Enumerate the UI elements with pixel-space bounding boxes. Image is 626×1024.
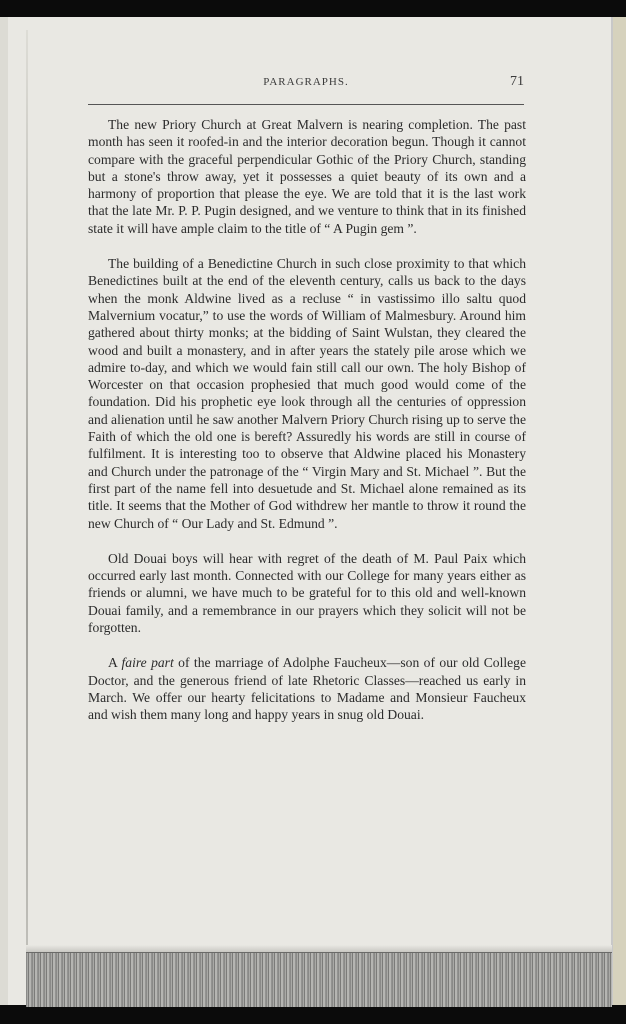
paragraph-priory-church: The new Priory Church at Great Malvern i… [88, 116, 526, 237]
page-edge-right [611, 17, 626, 1005]
paragraph-prefix: A [108, 655, 122, 670]
page-number: 71 [510, 74, 524, 90]
paragraph-faucheux-marriage: A faire part of the marriage of Adolphe … [88, 654, 526, 723]
page-header: PARAGRAPHS. 71 [88, 76, 524, 96]
paragraph-paul-paix: Old Douai boys will hear with regret of … [88, 550, 526, 636]
italic-phrase: faire part [122, 655, 174, 670]
body-text: The new Priory Church at Great Malvern i… [88, 116, 526, 742]
binding-gutter-line [26, 30, 28, 990]
scanned-page-stack-edge [26, 952, 612, 1007]
page-bottom-shadow [26, 945, 612, 952]
paragraph-benedictine-history: The building of a Benedictine Church in … [88, 255, 526, 532]
running-title: PARAGRAPHS. [88, 76, 524, 88]
header-rule [88, 104, 524, 105]
